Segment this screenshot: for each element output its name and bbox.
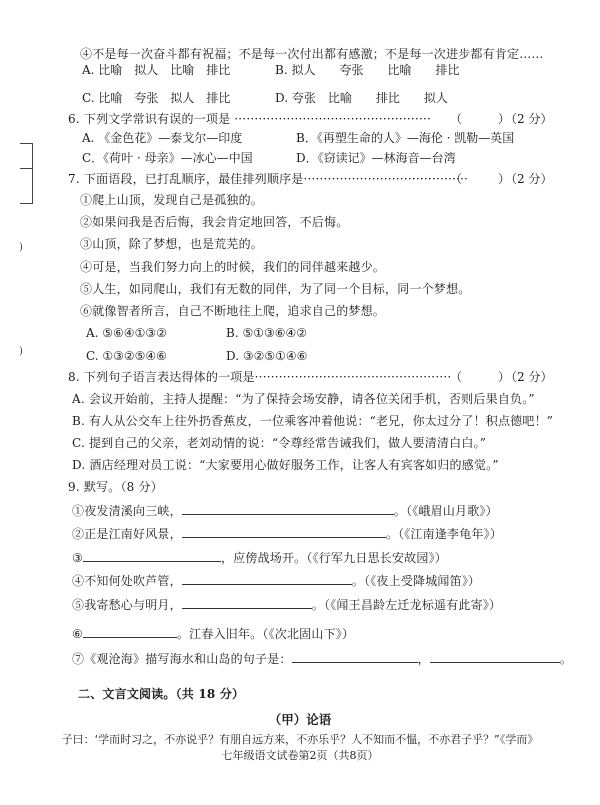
- q8-answer-paren[interactable]: （ ）: [450, 369, 510, 385]
- q8-option-d: D. 酒店经理对员工说：“大家要用心做好服务工作，让客人有宾客如归的感觉。”: [72, 457, 499, 473]
- margin-line-top: [20, 143, 32, 144]
- q7-option-d: D. ③②⑤①④⑥: [226, 348, 307, 364]
- q9-item-2-suffix: 。（《江南逢李龟年》）: [386, 527, 502, 541]
- q6-option-d: D．《窃读记》—林海音—台湾: [296, 150, 456, 166]
- q7-sentence-2: ②如果问我是否后悔，我会肯定地回答，不后悔。: [80, 214, 348, 230]
- page-footer: 七年级语文试卷第2页（共8页）: [0, 748, 600, 764]
- q9-item-3-blank[interactable]: [83, 549, 221, 562]
- q9-item-6-prefix: ⑥: [72, 627, 83, 641]
- q9-item-7-blank-1[interactable]: [292, 650, 418, 663]
- q6-score: （2 分）: [505, 111, 552, 127]
- q7-option-a: A. ⑤⑥④①③②: [86, 325, 167, 341]
- margin-line-vertical: [32, 143, 33, 204]
- q9-item-4-suffix: 。（《夜上受降城闻笛》）: [352, 574, 480, 588]
- q5-option-c: C. 比喻 夸张 拟人 排比: [82, 90, 230, 106]
- q9-item-1-blank[interactable]: [182, 502, 394, 515]
- q9-item-4: ④不知何处吹芦管，。（《夜上受降城闻笛》）: [72, 572, 480, 589]
- q9-stem: 9. 默写。（8 分）: [68, 479, 163, 495]
- q9-item-5-prefix: ⑤我寄愁心与明月，: [72, 598, 182, 612]
- q9-item-3: ③，应傍战场开。（《行军九日思长安故园》）: [72, 549, 447, 566]
- q7-sentence-1: ①爬上山顶，发现自己是孤独的。: [80, 192, 263, 208]
- q9-item-4-blank[interactable]: [182, 572, 352, 585]
- q9-item-5-suffix: 。（《闻王昌龄左迁龙标遥有此寄》）: [312, 598, 501, 612]
- q9-item-7-suffix: 。: [560, 652, 572, 666]
- q8-option-a: A. 会议开始前，主持人提醒：“为了保持会场安静，请各位关闭手机，否则后果自负。…: [72, 391, 535, 407]
- q9-item-1: ①夜发清溪向三峡，。（《峨眉山月歌》）: [72, 502, 498, 519]
- q9-item-6-suffix: 。江春入旧年。（《次北固山下》）: [177, 627, 354, 641]
- section2-subtitle: （甲）论语: [0, 712, 600, 728]
- q8-option-c: C. 提到自己的父亲，老刘动情的说：“令尊经常告诫我们，做人要清清白白。”: [72, 435, 486, 451]
- margin-line-mid: [20, 168, 32, 169]
- q9-item-7-prefix: ⑦《观沧海》描写海水和山岛的句子是：: [72, 652, 292, 666]
- q9-item-6: ⑥。江春入旧年。（《次北固山下》）: [72, 625, 354, 642]
- q6-option-a: A. 《金色花》—泰戈尔—印度: [82, 130, 242, 146]
- q7-sentence-6: ⑥就像智者所言，自己不断地往上爬，追求自己的梦想。: [80, 303, 385, 319]
- q7-sentence-4: ④可是，当我们努力向上的时候，我们的同伴越来越少。: [80, 259, 385, 275]
- q9-item-7-mid: ，: [418, 652, 430, 666]
- q5-item4: ④不是每一次奋斗都有祝福；不是每一次付出都有感激；不是每一次进步都有肯定……: [80, 46, 544, 62]
- q9-item-2-prefix: ②正是江南好风景，: [72, 527, 182, 541]
- q6-option-c: C．《荷叶 · 母亲》—冰心—中国: [82, 150, 253, 166]
- q9-item-2: ②正是江南好风景，。（《江南逢李龟年》）: [72, 525, 502, 542]
- q6-stem-text: 6. 下列文学常识有误的一项是 ························…: [68, 112, 431, 126]
- q8-stem: 8. 下列句子语言表达得体的一项是·······················…: [68, 369, 451, 385]
- q7-sentence-3: ③山顶，除了梦想，也是荒芜的。: [80, 236, 263, 252]
- q9-item-1-suffix: 。（《峨眉山月歌》）: [394, 504, 498, 518]
- q9-item-3-suffix: ，应傍战场开。（《行军九日思长安故园》）: [221, 551, 447, 565]
- q5-option-b: B. 拟人 夸张 比喻 排比: [275, 62, 459, 78]
- q6-stem: 6. 下列文学常识有误的一项是 ························…: [68, 111, 431, 127]
- section2-passage: 子曰：‘学而时习之，不亦说乎？有朋自远方来，不亦乐乎？人不知而不愠，不亦君子乎？…: [0, 732, 600, 748]
- q5-option-a: A. 比喻 拟人 比喻 排比: [82, 62, 230, 78]
- q9-item-2-blank[interactable]: [182, 525, 386, 538]
- q8-score: （2 分）: [505, 369, 552, 385]
- margin-mark-lower: ): [19, 346, 23, 357]
- q6-option-b: B．《再塑生命的人》—海伦 · 凯勒—英国: [296, 130, 514, 146]
- q9-item-5-blank[interactable]: [182, 596, 312, 609]
- q9-item-5: ⑤我寄愁心与明月，。（《闻王昌龄左迁龙标遥有此寄》）: [72, 596, 501, 613]
- margin-mark-upper: ): [19, 242, 23, 253]
- q7-option-b: B. ⑤①③⑥④②: [226, 325, 307, 341]
- q7-sentence-5: ⑤人生，如同爬山，我们有无数的同伴，为了同一个目标，同一个梦想。: [80, 281, 470, 297]
- q7-option-c: C. ①③②⑤④⑥: [86, 348, 167, 364]
- q9-item-4-prefix: ④不知何处吹芦管，: [72, 574, 182, 588]
- q8-option-b: B. 有人从公交车上往外扔香蕉皮，一位乘客冲着他说：“老兄，你太过分了！积点德吧…: [72, 413, 553, 429]
- q9-item-7-blank-2[interactable]: [430, 650, 560, 663]
- q7-score: （2 分）: [505, 171, 552, 187]
- q9-item-1-prefix: ①夜发清溪向三峡，: [72, 504, 182, 518]
- q9-item-7: ⑦《观沧海》描写海水和山岛的句子是：，。: [72, 650, 572, 667]
- q5-option-d: D. 夸张 比喻 排比 拟人: [275, 90, 448, 106]
- q9-item-6-blank[interactable]: [83, 625, 177, 638]
- q9-item-3-prefix: ③: [72, 551, 83, 565]
- q7-stem: 7. 下面语段，已打乱顺序，最佳排列顺序是···················…: [68, 171, 468, 187]
- margin-line-bottom: [20, 203, 32, 204]
- q6-answer-paren[interactable]: （ ）: [450, 111, 510, 127]
- q7-answer-paren[interactable]: （ ）: [450, 171, 510, 187]
- section2-title: 二、文言文阅读。（共 18 分）: [78, 686, 244, 702]
